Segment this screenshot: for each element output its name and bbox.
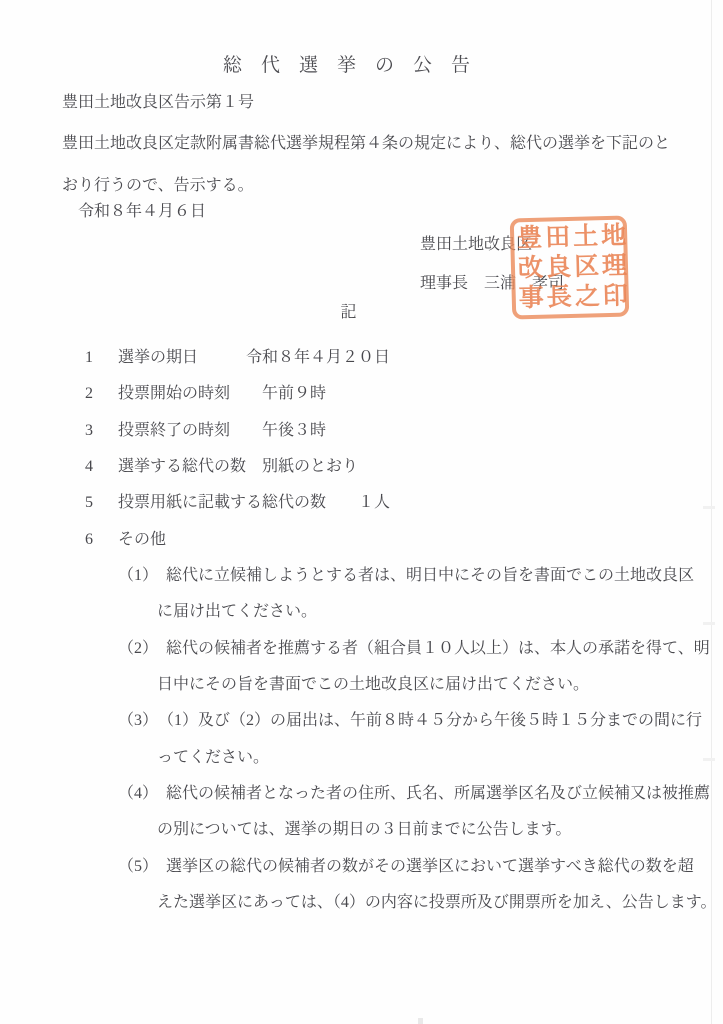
- item-text: 選挙の期日 令和８年４月２０日: [118, 349, 390, 366]
- sub-item-line: （3）（1）及び（2）の届出は、午前８時４５分から午後５時１５分までの間に行: [0, 703, 723, 739]
- item-text: 選挙する総代の数 別紙のとおり: [118, 458, 358, 475]
- list-item: 1選挙の期日 令和８年４月２０日: [0, 340, 723, 376]
- seal-text-row: 豊田土地: [514, 222, 624, 255]
- sub-item-line: に届け出てください。: [0, 594, 723, 630]
- sub-item-line: （4）総代の候補者となった者の住所、氏名、所属選挙区名及び立候補又は被推薦: [0, 776, 723, 812]
- list-item: 5投票用紙に記載する総代の数 １人: [0, 485, 723, 521]
- sub-item-number: （1）: [118, 567, 158, 584]
- notice-number: 豊田土地改良区告示第１号: [62, 93, 254, 113]
- item-number: 3: [85, 413, 118, 449]
- sub-item-text: 総代に立候補しようとする者は、明日中にその旨を書面でこの土地改良区: [166, 567, 694, 584]
- item-number: 5: [85, 485, 118, 521]
- item-number: 6: [85, 522, 118, 558]
- issue-date: 令和８年４月６日: [78, 202, 206, 222]
- sub-item-number: （5）: [118, 858, 158, 875]
- list-item: 4選挙する総代の数 別紙のとおり: [0, 449, 723, 485]
- sub-item-line: （5）選挙区の総代の候補者の数がその選挙区において選挙すべき総代の数を超: [0, 849, 723, 885]
- intro-paragraph: 豊田土地改良区定款附属書総代選挙規程第４条の規定により、総代の選挙を下記のと お…: [62, 123, 670, 207]
- sub-item-line: （1）総代に立候補しようとする者は、明日中にその旨を書面でこの土地改良区: [0, 558, 723, 594]
- sub-item-text: 総代の候補者を推薦する者（組合員１０人以上）は、本人の承諾を得て、明: [166, 640, 710, 657]
- official-seal-stamp-icon: 豊田土地 改良区理 事長之印: [510, 215, 630, 319]
- sub-item-line: えた選挙区にあっては、（4）の内容に投票所及び開票所を加え、公告します。: [0, 885, 723, 921]
- seal-text-row: 改良区理: [515, 252, 625, 285]
- item-number: 2: [85, 376, 118, 412]
- item-text: 投票用紙に記載する総代の数 １人: [118, 494, 390, 511]
- sub-item-text: 総代の候補者となった者の住所、氏名、所属選挙区名及び立候補又は被推薦: [166, 785, 710, 802]
- scan-tick-artifact: [703, 622, 715, 625]
- intro-line: 豊田土地改良区定款附属書総代選挙規程第４条の規定により、総代の選挙を下記のと: [62, 123, 670, 165]
- sub-item-line: （2）総代の候補者を推薦する者（組合員１０人以上）は、本人の承諾を得て、明: [0, 631, 723, 667]
- scanned-notice-page: 総代選挙の公告 豊田土地改良区告示第１号 豊田土地改良区定款附属書総代選挙規程第…: [0, 0, 723, 1024]
- sub-item-number: （3）: [118, 712, 158, 729]
- seal-text-row: 事長之印: [515, 282, 625, 315]
- scan-edge-artifact: [711, 0, 712, 1024]
- list-item: 6その他: [0, 522, 723, 558]
- scan-tick-artifact: [703, 506, 715, 509]
- intro-line: おり行うので、告示する。: [62, 165, 670, 207]
- item-text: その他: [118, 531, 166, 548]
- item-number: 4: [85, 449, 118, 485]
- page-title: 総代選挙の公告: [0, 50, 712, 77]
- sub-item-line: の別については、選挙の期日の３日前までに公告します。: [0, 812, 723, 848]
- list-item: 3投票終了の時刻 午後３時: [0, 413, 723, 449]
- item-text: 投票終了の時刻 午後３時: [118, 422, 326, 439]
- scan-dot-artifact: [418, 1018, 423, 1024]
- sub-item-line: 日中にその旨を書面でこの土地改良区に届け出てください。: [0, 667, 723, 703]
- sub-item-number: （4）: [118, 785, 158, 802]
- sub-item-number: （2）: [118, 640, 158, 657]
- list-item: 2投票開始の時刻 午前９時: [0, 376, 723, 412]
- item-number: 1: [85, 340, 118, 376]
- scan-tick-artifact: [703, 758, 715, 761]
- sub-item-line: ってください。: [0, 740, 723, 776]
- item-text: 投票開始の時刻 午前９時: [118, 385, 326, 402]
- sub-item-text: 選挙区の総代の候補者の数がその選挙区において選挙すべき総代の数を超: [166, 858, 694, 875]
- notice-body-list: 1選挙の期日 令和８年４月２０日 2投票開始の時刻 午前９時 3投票終了の時刻 …: [0, 340, 723, 922]
- sub-item-text: （1）及び（2）の届出は、午前８時４５分から午後５時１５分までの間に行: [166, 712, 702, 729]
